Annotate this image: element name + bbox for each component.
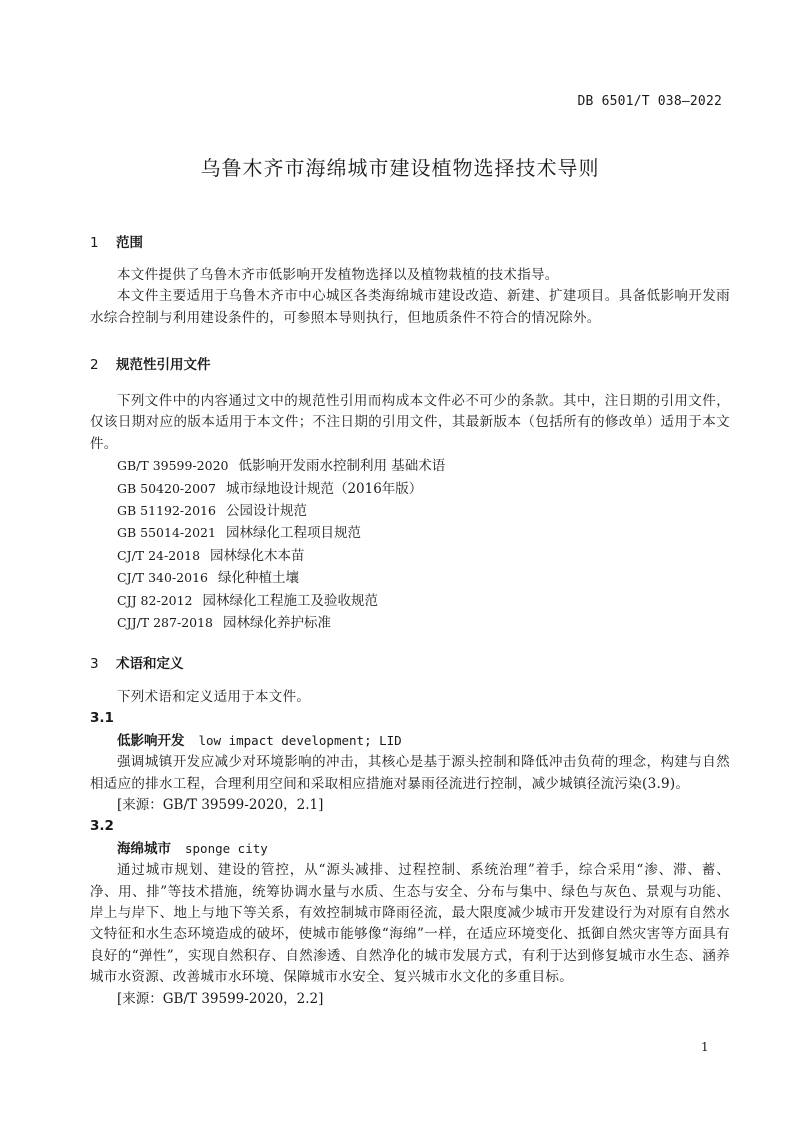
term-zh: 低影响开发 [117,733,185,749]
paragraph: 本文件提供了乌鲁木齐市低影响开发植物选择以及植物栽植的技术指导。 [90,265,730,286]
section-body-scope: 本文件提供了乌鲁木齐市低影响开发植物选择以及植物栽植的技术指导。 本文件主要适用… [90,265,730,329]
section-body-normative-references: 下列文件中的内容通过文中的规范性引用而构成本文件必不可少的条款。其中，注日期的引… [90,391,730,634]
term-entry-3-2: 3.2 海绵城市sponge city 通过城市规划、建设的管控，从“源头减排、… [90,816,730,1010]
reference-item: GB 55014-2021园林绿化工程项目规范 [90,522,730,544]
reference-list: GB/T 39599-2020低影响开发雨水控制利用 基础术语 GB 50420… [90,455,730,634]
term-en: low impact development; LID [199,733,402,748]
reference-item: CJ/T 24-2018园林绿化木本苗 [90,545,730,567]
section-title: 范围 [116,235,143,251]
reference-item: CJJ 82-2012园林绿化工程施工及验收规范 [90,590,730,612]
term-entry-3-1: 3.1 低影响开发low impact development; LID 强调城… [90,708,730,816]
reference-item: GB/T 39599-2020低影响开发雨水控制利用 基础术语 [90,455,730,477]
section-title: 规范性引用文件 [116,357,211,373]
term-definition: 强调城镇开发应减少对环境影响的冲击，其核心是基于源头控制和降低冲击负荷的理念，构… [90,752,730,795]
term-zh: 海绵城市 [117,841,171,857]
reference-name: 园林绿化养护标准 [223,615,331,631]
standard-code: DB 6501/T 038—2022 [578,94,722,109]
section-number: 3 [90,656,116,672]
reference-code: GB/T 39599-2020 [117,458,229,473]
reference-name: 低影响开发雨水控制利用 基础术语 [239,458,446,474]
section-body-terms: 下列术语和定义适用于本文件。 3.1 低影响开发low impact devel… [90,687,730,1010]
paragraph: 下列术语和定义适用于本文件。 [90,687,730,708]
section-title: 术语和定义 [116,656,184,672]
reference-code: CJ/T 340-2016 [117,570,208,585]
reference-item: GB 50420-2007城市绿地设计规范（2016年版） [90,478,730,500]
page-number: 1 [701,1040,709,1054]
reference-name: 公园设计规范 [226,503,307,519]
reference-item: GB 51192-2016公园设计规范 [90,500,730,522]
term-source: [来源：GB/T 39599-2020，2.2] [90,989,730,1010]
reference-name: 园林绿化木本苗 [210,548,305,564]
section-heading-terms: 3术语和定义 [90,652,730,672]
reference-item: CJ/T 340-2016绿化种植土壤 [90,567,730,589]
reference-name: 城市绿地设计规范（2016年版） [226,481,422,497]
reference-code: CJJ 82-2012 [117,593,193,608]
section-number: 1 [90,235,116,251]
section-heading-scope: 1范围 [90,231,730,251]
paragraph: 下列文件中的内容通过文中的规范性引用而构成本文件必不可少的条款。其中，注日期的引… [90,391,730,455]
clause-number: 3.2 [90,816,730,837]
reference-code: CJ/T 24-2018 [117,548,200,563]
term-title: 低影响开发low impact development; LID [90,730,730,752]
paragraph: 本文件主要适用于乌鲁木齐市中心城区各类海绵城市建设改造、新建、扩建项目。具备低影… [90,286,730,329]
reference-code: GB 50420-2007 [117,481,216,496]
reference-item: CJJ/T 287-2018园林绿化养护标准 [90,612,730,634]
clause-number: 3.1 [90,708,730,729]
term-en: sponge city [185,841,268,856]
document-title: 乌鲁木齐市海绵城市建设植物选择技术导则 [0,152,800,181]
term-source: [来源：GB/T 39599-2020，2.1] [90,795,730,816]
reference-name: 园林绿化工程项目规范 [226,525,361,541]
term-definition: 通过城市规划、建设的管控，从“源头减排、过程控制、系统治理”着手，综合采用“渗、… [90,860,730,988]
reference-code: CJJ/T 287-2018 [117,615,213,630]
section-number: 2 [90,357,116,373]
term-title: 海绵城市sponge city [90,838,730,860]
reference-code: GB 55014-2021 [117,525,216,540]
reference-name: 园林绿化工程施工及验收规范 [203,593,379,609]
reference-name: 绿化种植土壤 [218,570,299,586]
section-heading-normative-references: 2规范性引用文件 [90,353,730,373]
reference-code: GB 51192-2016 [117,503,216,518]
